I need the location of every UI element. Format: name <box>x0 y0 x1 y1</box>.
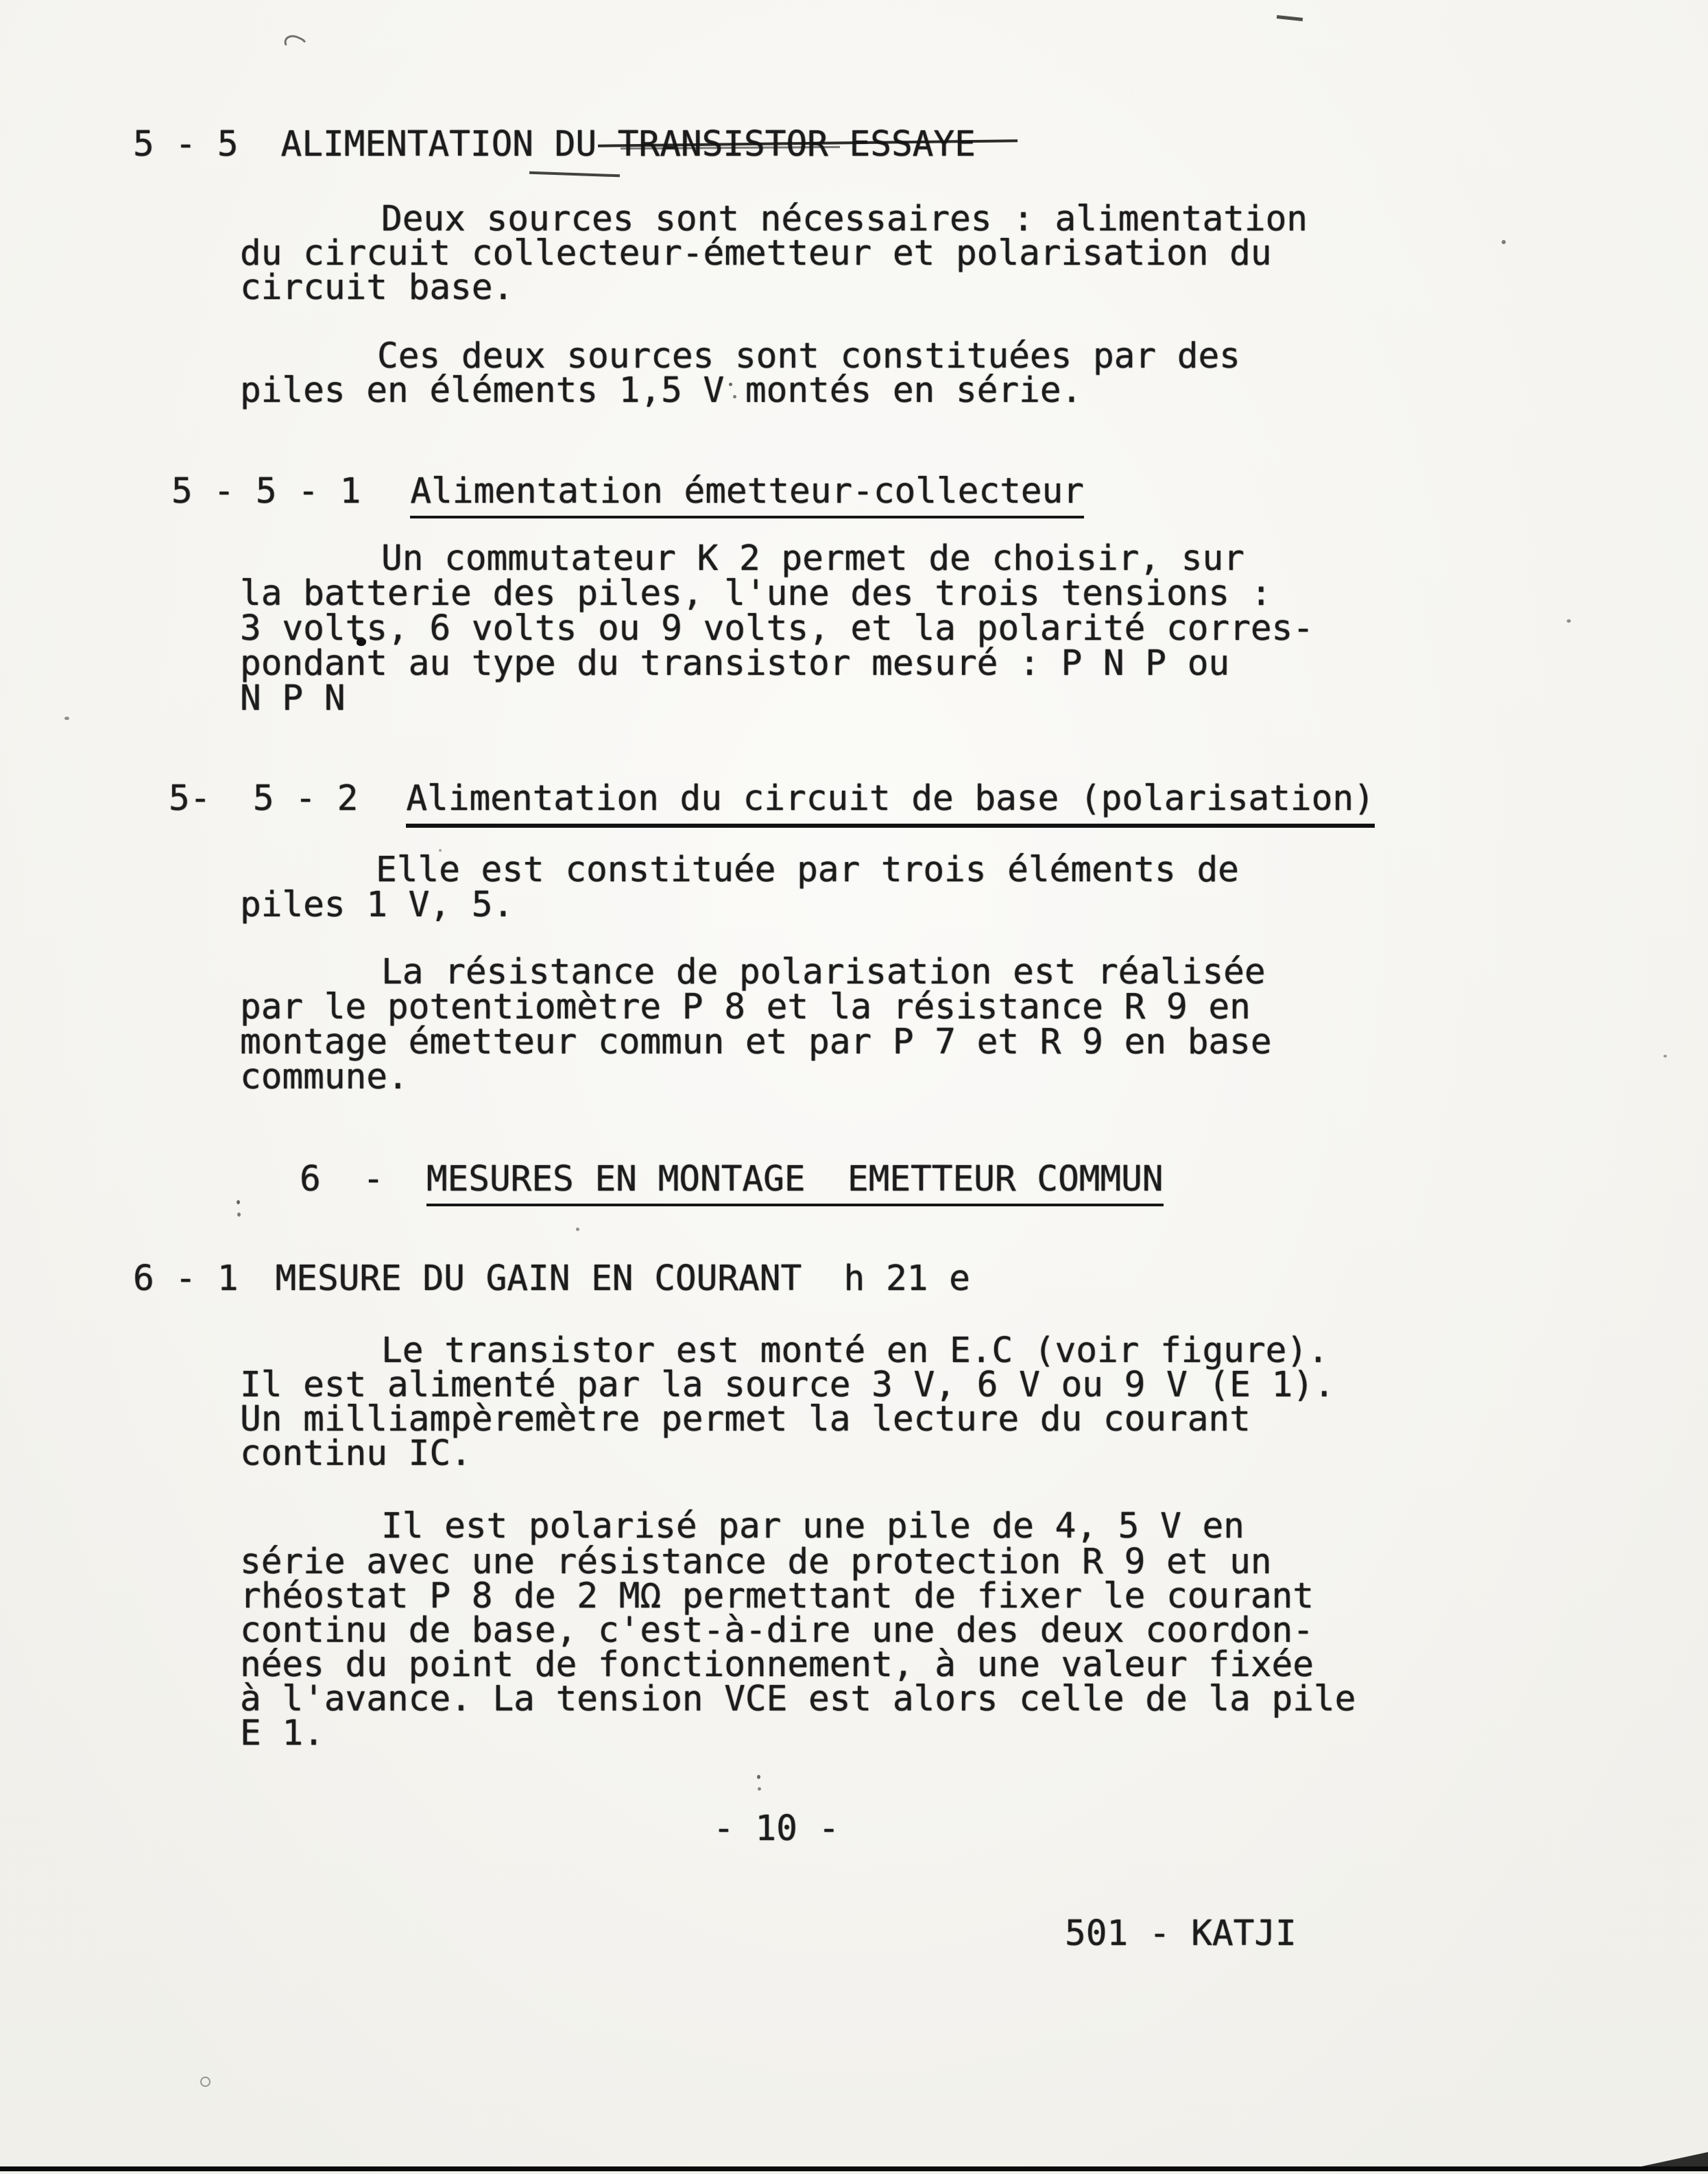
scan-speck <box>1567 619 1571 623</box>
scan-speck <box>729 383 732 386</box>
section-heading-5-5-1: 5 - 5 - 1Alimentation émetteur-collecteu… <box>171 474 1084 509</box>
section-number-5-5: 5 - 5 <box>133 124 239 165</box>
paragraph-line: Un commutateur K 2 permet de choisir, su… <box>381 541 1244 576</box>
paragraph-line: Deux sources sont nécessaires : alimenta… <box>381 202 1308 237</box>
section-heading-5-5-2: 5- 5 - 2Alimentation du circuit de base … <box>169 781 1375 816</box>
paragraph-line: piles en éléments 1,5 V montés en série. <box>240 373 1082 408</box>
section-number-6: 6 - <box>300 1159 384 1199</box>
scan-speck <box>1663 1055 1667 1058</box>
scan-speck <box>1502 240 1506 244</box>
paragraph-line: piles 1 V, 5. <box>240 887 514 922</box>
paragraph-line: Un milliampèremètre permet la lecture du… <box>240 1402 1251 1437</box>
section-title-6-1: MESURE DU GAIN EN COURANT h 21 e <box>276 1258 970 1299</box>
section-number-5-5-1: 5 - 5 - 1 <box>171 471 361 512</box>
paragraph-line: Le transistor est monté en E.C (voir fig… <box>381 1333 1329 1368</box>
section-heading-5-5: 5 - 5ALIMENTATION DU TRANSISTOR ESSAYE <box>133 127 976 162</box>
scan-ring-mark <box>200 2077 211 2087</box>
section-title-6: MESURES EN MONTAGE EMETTEUR COMMUN <box>426 1159 1164 1206</box>
section-heading-6: 6 -MESURES EN MONTAGE EMETTEUR COMMUN <box>300 1162 1164 1197</box>
paragraph-line: nées du point de fonctionnement, à une v… <box>240 1647 1314 1682</box>
paragraph-line: série avec une résistance de protection … <box>240 1544 1272 1579</box>
scan-speck <box>757 1775 760 1779</box>
scan-underline-artifact <box>529 171 620 178</box>
paragraph-line: rhéostat P 8 de 2 MΩ permettant de fixer… <box>240 1579 1314 1614</box>
paragraph-line: continu de base, c'est-à-dire une des de… <box>240 1613 1314 1648</box>
paragraph-line: du circuit collecteur-émetteur et polari… <box>240 236 1272 271</box>
scan-squiggle <box>282 32 309 56</box>
paragraph-line: à l'avance. La tension VCE est alors cel… <box>240 1682 1356 1717</box>
paragraph-line: Il est polarisé par une pile de 4, 5 V e… <box>381 1509 1244 1544</box>
scan-speck <box>439 849 442 852</box>
scan-edge-line <box>0 2166 1708 2171</box>
paragraph-line: E 1. <box>240 1716 324 1751</box>
scan-speck <box>733 395 736 398</box>
page-number: - 10 - <box>713 1811 839 1846</box>
paragraph-line: par le potentiomètre P 8 et la résistanc… <box>240 990 1251 1025</box>
paragraph-line: la batterie des piles, l'une des trois t… <box>240 576 1272 611</box>
scan-speck <box>237 1200 240 1204</box>
scanned-document-page: 5 - 5ALIMENTATION DU TRANSISTOR ESSAYE D… <box>0 0 1708 2174</box>
paragraph-line: commune. <box>240 1060 409 1095</box>
scan-speck <box>237 1213 241 1217</box>
ink-blot <box>357 638 366 646</box>
paragraph-line: montage émetteur commun et par P 7 et R … <box>240 1025 1272 1060</box>
section-number-5-5-2: 5- 5 - 2 <box>169 778 358 819</box>
paragraph-line: pondant au type du transistor mesuré : P… <box>240 646 1229 681</box>
paragraph-line: N P N <box>240 681 346 716</box>
section-heading-6-1: 6 - 1MESURE DU GAIN EN COURANT h 21 e <box>133 1261 970 1296</box>
scan-speck <box>64 717 69 720</box>
paragraph-line: 3 volts, 6 volts ou 9 volts, et la polar… <box>240 611 1314 646</box>
section-title-5-5-1: Alimentation émetteur-collecteur <box>410 471 1084 518</box>
scan-speck <box>758 1787 761 1791</box>
scan-edge-wedge <box>1626 2152 1708 2170</box>
scan-dash <box>1277 15 1303 21</box>
paragraph-line: circuit base. <box>240 270 514 305</box>
document-reference: 501 - KATJI <box>1065 1916 1297 1951</box>
scan-speck <box>576 1228 579 1231</box>
paragraph-line: continu IC. <box>240 1436 472 1471</box>
section-number-6-1: 6 - 1 <box>133 1258 239 1299</box>
paragraph-line: La résistance de polarisation est réalis… <box>381 955 1266 990</box>
section-title-5-5-2: Alimentation du circuit de base (polaris… <box>406 778 1374 828</box>
paragraph-line: Elle est constituée par trois éléments d… <box>376 852 1239 887</box>
paragraph-line: Il est alimenté par la source 3 V, 6 V o… <box>240 1367 1335 1402</box>
paragraph-line: Ces deux sources sont constituées par de… <box>377 339 1240 374</box>
